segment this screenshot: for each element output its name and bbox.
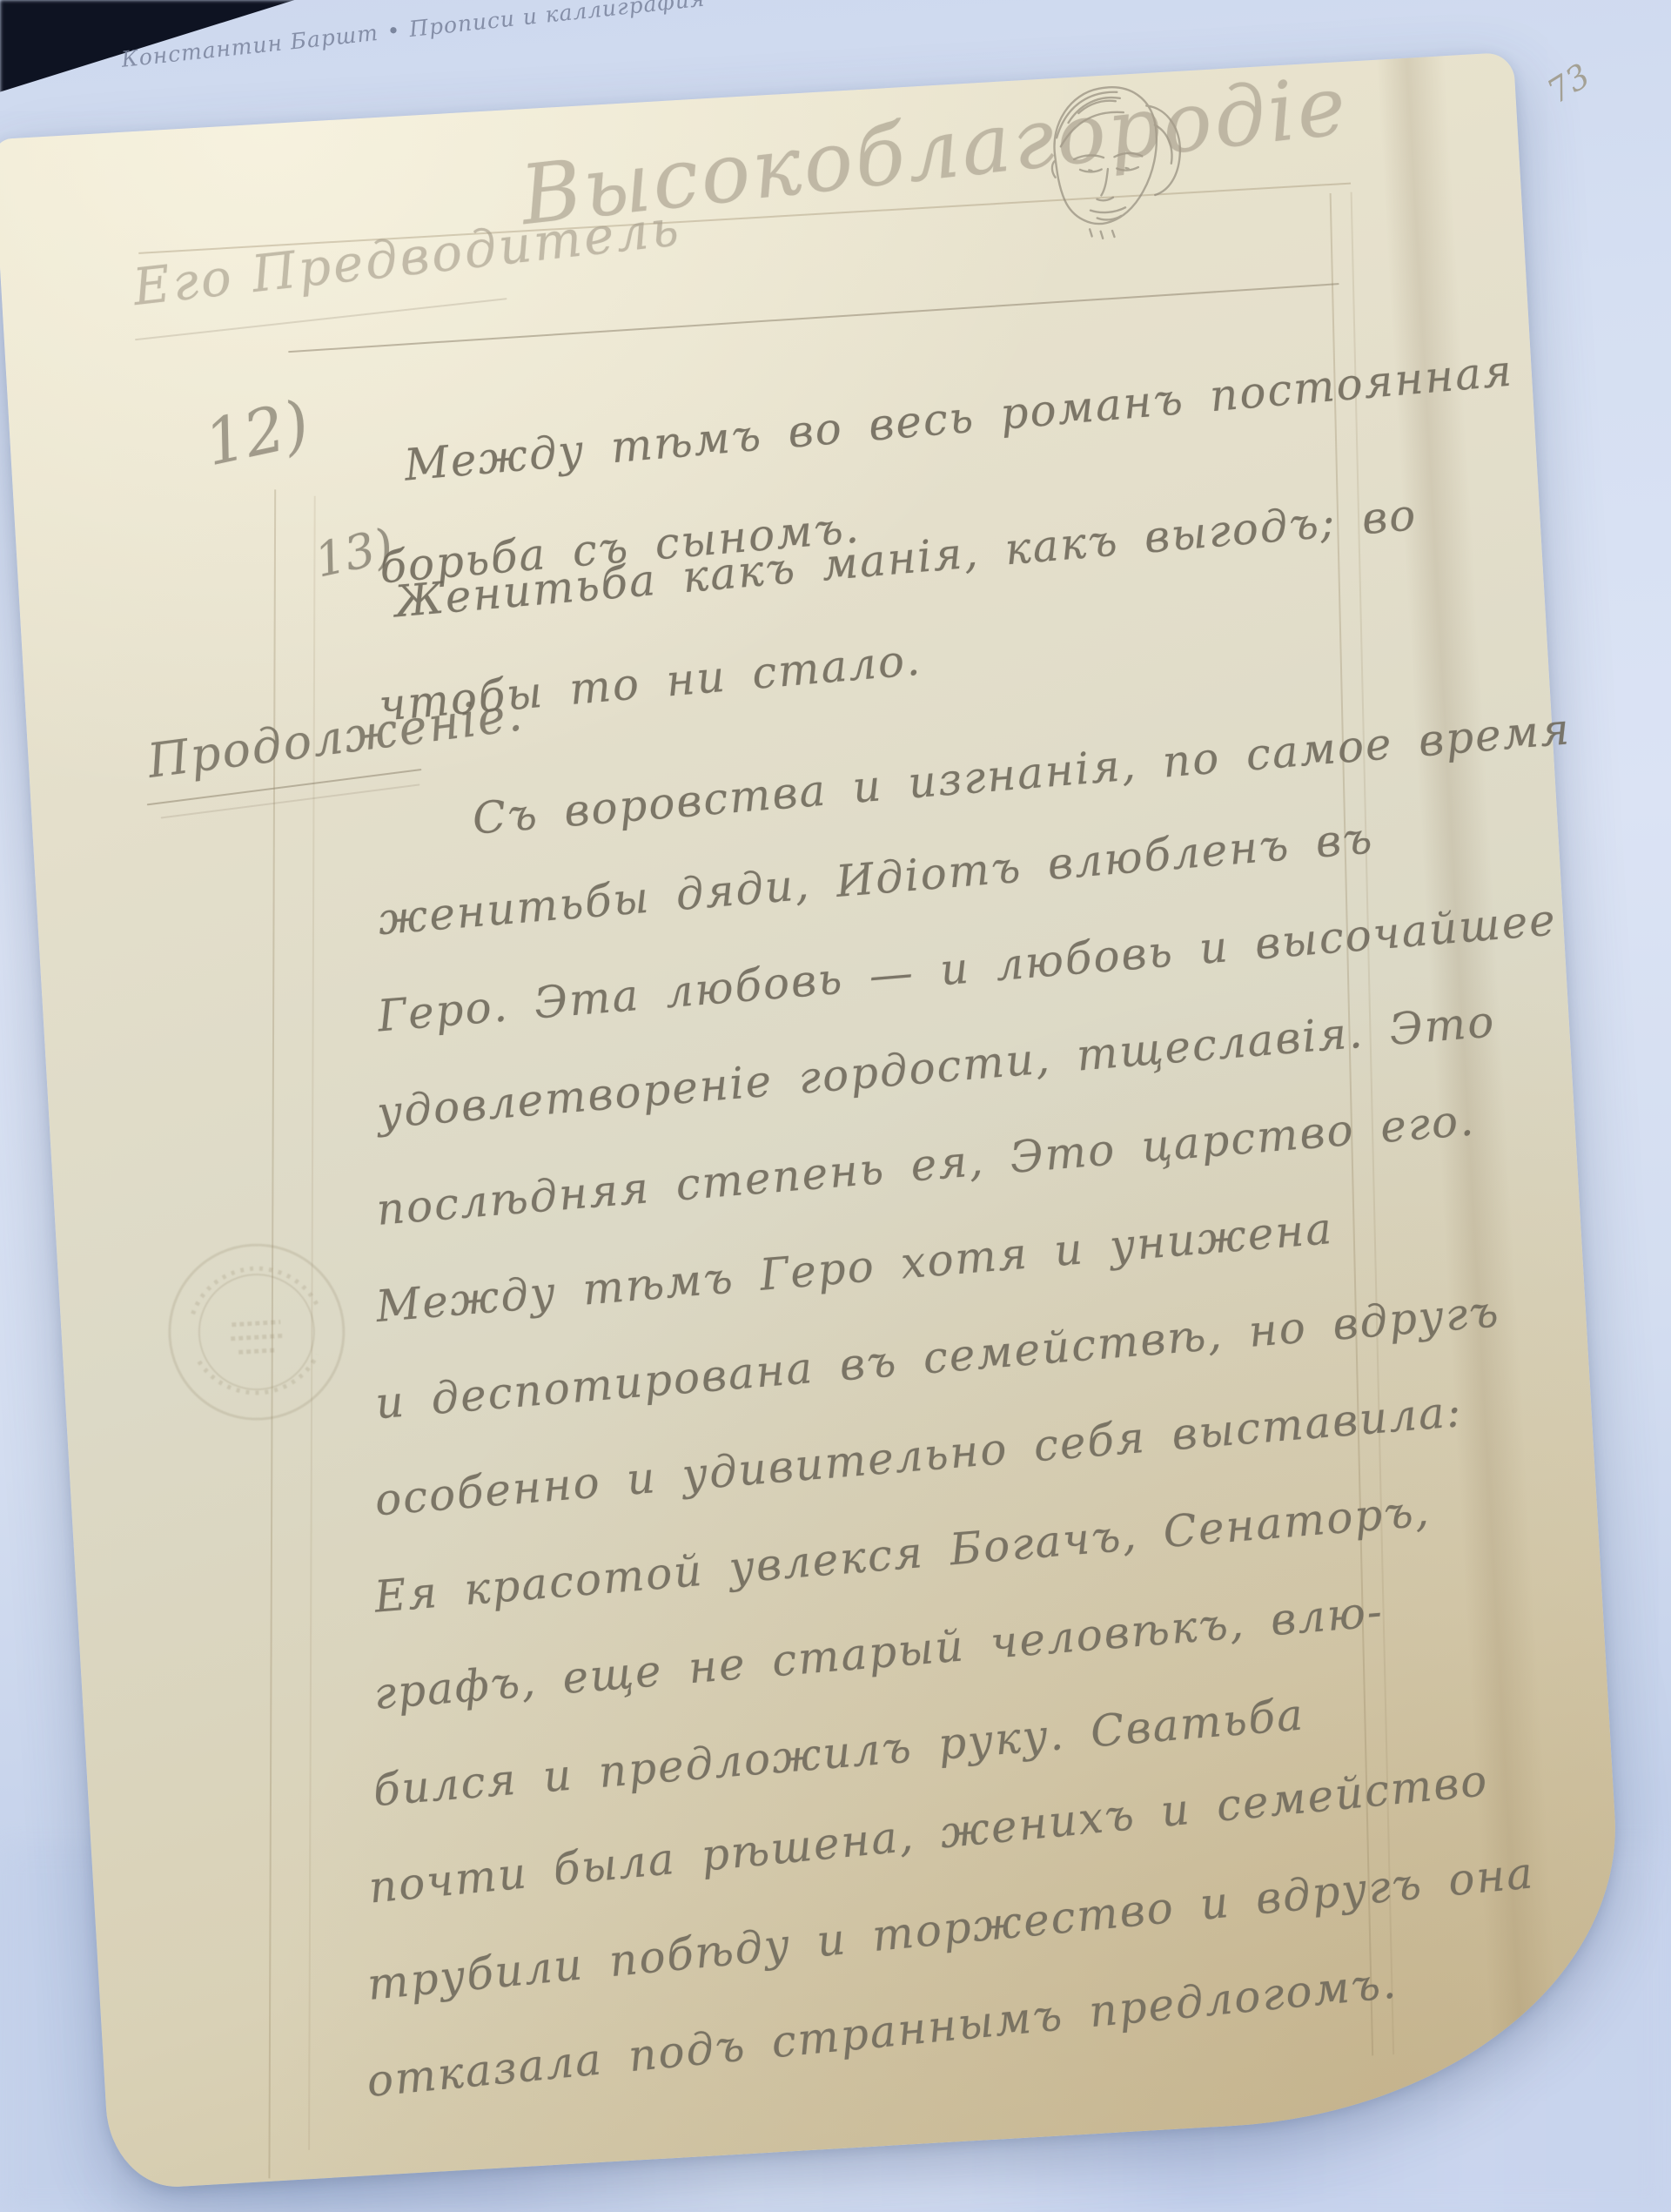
round-archive-stamp	[146, 1221, 366, 1442]
photo-of-manuscript-page: Константин Баршт•Прописи и каллиграфия	[0, 0, 1671, 2212]
calligraphic-heading-right: Высокоблагородіе	[516, 58, 1352, 244]
book-title: Прописи и каллиграфия	[408, 0, 707, 42]
header-separator: •	[386, 17, 402, 44]
page-corner-number: 73	[1540, 57, 1596, 111]
body-line-1: Съ воровства и изгнанія, по самое время	[471, 703, 1573, 844]
heading-underline-flourish	[288, 283, 1339, 353]
margin-mark-12: 12)	[198, 387, 316, 481]
manuscript-page: Его Предводитель Высокоблагородіе 12) Ме…	[0, 52, 1631, 2191]
note-12-line-1: Между тѣмъ во весь романъ постоянная	[402, 346, 1515, 491]
section-heading: Продолженіе.	[144, 686, 527, 789]
section-heading-underline-2	[161, 783, 420, 818]
